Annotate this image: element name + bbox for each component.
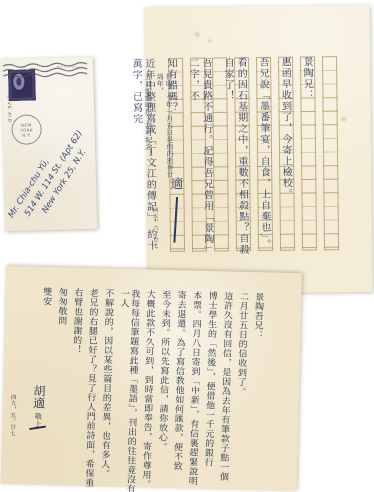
handwriting-column: 吾見貴路不通行。記得吾兄曾用「景陶」二字，不 (186, 57, 214, 255)
handwriting-column: 本票。四月八日寄到「中新」，有信裏趕緊說明 (186, 291, 202, 492)
margin-annotation: 付印。今年一月五日是他的逝世廿周年，五月如能印出，甚可紀念！ (147, 73, 174, 181)
handwriting-column: 二月廿五日的信收到了。 (232, 292, 248, 492)
date-note: 四九，五，廿七 (8, 394, 17, 436)
envelope: GIVE AID NEW YORK N.Y. Mr. Chia-chu Yü, … (1, 57, 97, 231)
signature-hu-shih: 胡適 敬上 (30, 385, 48, 429)
letter-text-columns: 景陶吾兄：二月廿五日的信收到了。這許久沒有回信，是因為去年有筆款子點一個博士學生… (12, 286, 263, 492)
handwriting-column: 這許久沒有回信，是因為去年有筆款子點一個 (217, 291, 233, 492)
photo-canvas: 景陶兄：惠函早收到了，今寄上檢校。吾兄說「墨番筆宴，自食，上自棄也」。看的因石基… (0, 0, 374, 492)
handwriting-column: 至今未到。所以先寫此信，請你放心。 (155, 290, 171, 492)
handwriting-column: 惠函早收到了，今寄上檢校。 (278, 57, 293, 255)
handwriting-column: 老兄的右腿已好了？見了行人門前詩面，希保重 (82, 288, 98, 492)
letter-text-columns: 景陶兄：惠函早收到了，今寄上檢校。吾兄說「墨番筆宴，自食，上自棄也」。看的因石基… (168, 56, 315, 256)
age-spot (342, 117, 346, 121)
handwriting-column: 右臂也謝謝的！ (67, 288, 83, 492)
handwriting-column: 博士學生的「然後」，便借他一千元的銀行 (201, 291, 217, 492)
handwriting-column: 景陶兄： (300, 56, 315, 254)
grid-column (322, 56, 339, 250)
margin-note-column: 五月如能印出，甚可紀念！ (143, 73, 153, 181)
handwriting-column: 寄去退還。為了寫信教他如何匯款，便不致 (170, 290, 186, 492)
margin-note-column: 付印。今年一月五日是他的逝世廿周年， (155, 73, 174, 181)
date-note: 四五，六，廿七 (151, 207, 159, 249)
signature-name: 胡適 (32, 385, 47, 409)
signature-shih: 適 (165, 177, 184, 190)
pencil-docket-mark (57, 66, 83, 73)
handwriting-column: 大概此款不久可到，到時當即奉告，寄作尊用。 (139, 289, 155, 492)
letter-sheet-grid: 景陶兄：惠函早收到了，今寄上檢校。吾兄說「墨番筆宴，自食，上自棄也」。看的因石基… (145, 5, 373, 294)
handwriting-column: 我每每信筆題寫此種「墨語」，刊出的往往竟沒有一人 (113, 289, 139, 492)
age-spot (208, 39, 211, 42)
cancel-slogan-text: GIVE AID (6, 95, 12, 131)
handwriting-column: 看的因石基期之中，重數不相殺點？自殺自家了！ (221, 57, 249, 255)
postmark-circle: NEW YORK N.Y. (11, 114, 42, 145)
postmark-line: N.Y. (22, 132, 31, 137)
handwriting-column: 景陶吾兄： (248, 292, 264, 492)
envelope-address: Mr. Chia-chu Yü, 514 W. 114 St. (Apt 62)… (6, 87, 119, 234)
handwriting-column: 吾兄說「墨番筆宴，自食，上自棄也」。 (256, 57, 271, 255)
handwriting-column: 匆匆敬問 (51, 287, 67, 492)
age-spot (195, 33, 200, 37)
letter-sheet-plain: 景陶吾兄：二月廿五日的信收到了。這許久沒有回信，是因為去年有筆款子點一個博士學生… (1, 266, 302, 491)
handwriting-column: 不解說的，因以某些篇目的差異，也有多人。 (98, 288, 114, 492)
